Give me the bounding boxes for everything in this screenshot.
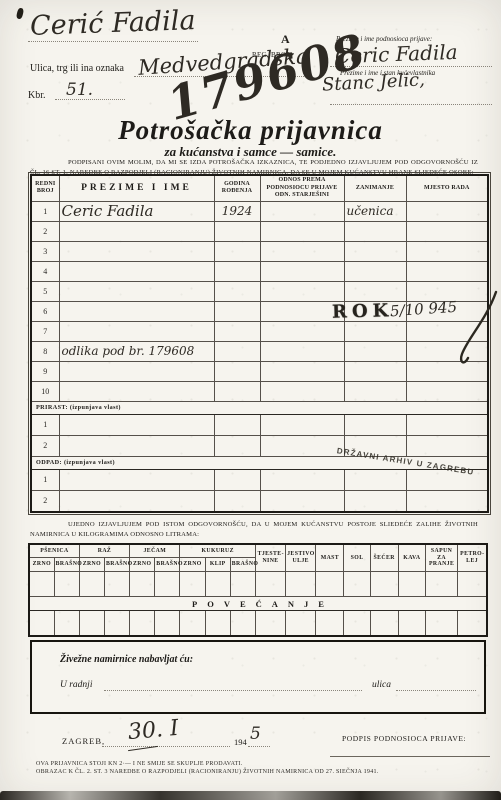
rok-stamp: ROK bbox=[332, 300, 394, 323]
col-kava: KAVA bbox=[398, 544, 425, 572]
col-sol: SOL bbox=[344, 544, 370, 572]
date-line bbox=[102, 746, 230, 747]
supplies-table: PŠENICA RAŽ JEČAM KUKURUZ TJESTE­NINE JE… bbox=[28, 543, 488, 637]
col-odnos: ODNOS PREMA PODNOSIOCU PRIJAVE ODN. STAR… bbox=[260, 175, 344, 201]
row1-year: 1924 bbox=[214, 201, 260, 221]
table-row: 9 bbox=[31, 361, 488, 381]
purchase-box: Živežne namirnice nabavljat ću: U radnji… bbox=[30, 640, 486, 714]
col-prezime-ime: PREZIME I IME bbox=[59, 175, 214, 201]
table-row: 5 bbox=[31, 281, 488, 301]
footer-line2: OBRAZAC K ČL. 2. ST. 3 NAREDBE O RAZPODJ… bbox=[36, 769, 379, 775]
footer-line1: OVA PRIJAVNICA STOJI KN 2·— I NE SMIJE S… bbox=[36, 761, 243, 767]
name-underline bbox=[28, 41, 198, 42]
group-jecam: JEČAM bbox=[130, 544, 180, 558]
handwritten-name-top: Cerić Fadila bbox=[30, 5, 197, 42]
supplies-values-row bbox=[29, 611, 487, 637]
supplies-values-row bbox=[29, 572, 487, 597]
handwritten-year: 5 bbox=[250, 724, 261, 744]
table-row: 2 bbox=[31, 221, 488, 241]
year-prefix: 194 bbox=[234, 737, 247, 747]
povecanje-band: POVEĆANJE bbox=[29, 597, 487, 611]
col-redni-broj: REDNI BROJ bbox=[31, 175, 59, 201]
col-secer: ŠEĆER bbox=[370, 544, 398, 572]
col-tjestenine: TJESTE­NINE bbox=[255, 544, 285, 572]
landlord-line bbox=[330, 104, 492, 105]
purchase-box-title: Živežne namirnice nabavljat ću: bbox=[60, 654, 193, 665]
kbr-value: 51. bbox=[66, 80, 93, 100]
kbr-line bbox=[55, 99, 125, 100]
prirast-row: 2 bbox=[31, 435, 488, 456]
signature-line bbox=[330, 756, 490, 757]
city-label: ZAGREB, bbox=[62, 736, 105, 746]
table-row: 3 bbox=[31, 241, 488, 261]
street-label: Ulica, trg ili ina oznaka bbox=[30, 63, 124, 74]
group-raz: RAŽ bbox=[79, 544, 129, 558]
shop-line bbox=[104, 690, 362, 691]
prirast-band: PRIRAST: (izpunjava vlast) bbox=[31, 401, 488, 414]
form-title: Potrošačka prijavnica bbox=[0, 115, 501, 146]
shop-label: U radnji bbox=[60, 680, 92, 690]
col-petrolej: PETRO­LEJ bbox=[458, 544, 487, 572]
scan-edge-smudge bbox=[0, 791, 501, 800]
handwritten-date: 30. I bbox=[127, 716, 180, 745]
table-row: 4 bbox=[31, 261, 488, 281]
table-row: 10 bbox=[31, 381, 488, 401]
signature-label: PODPIS PODNOSIOCA PRIJAVE: bbox=[342, 734, 466, 743]
group-psenica: PŠENICA bbox=[29, 544, 79, 558]
row8-note: odlika pod br. 179608 bbox=[59, 341, 214, 361]
year-line bbox=[248, 746, 270, 747]
scanned-form-page: Cerić Fadila A REG. BROJ: Prezime i ime … bbox=[0, 0, 501, 800]
table-row: 8 odlika pod br. 179608 bbox=[31, 341, 488, 361]
odpad-row: 2 bbox=[31, 490, 488, 512]
col-mjesto-rada: MJESTO RADA bbox=[406, 175, 488, 201]
prirast-row: 1 bbox=[31, 414, 488, 435]
checkmark-stroke bbox=[438, 288, 500, 378]
col-jestivo-ulje: JESTIVO ULJE bbox=[286, 544, 316, 572]
col-sapun: SAPUN ZA PRANJE bbox=[425, 544, 457, 572]
col-godina: GODINA ROĐENJA bbox=[214, 175, 260, 201]
row1-occupation: učenica bbox=[344, 201, 406, 221]
odpad-row: 1 bbox=[31, 469, 488, 490]
table-row: 1 Ceric Fadila 1924 učenica bbox=[31, 201, 488, 221]
supplies-intro: UJEDNO IZJAVLJUJEM POD ISTOM ODGOVORNOŠĆ… bbox=[30, 520, 478, 539]
group-kukuruz: KUKURUZ bbox=[180, 544, 255, 558]
row1-name: Ceric Fadila bbox=[59, 201, 214, 221]
table-row: 7 bbox=[31, 321, 488, 341]
col-mast: MAST bbox=[316, 544, 344, 572]
ulica-line bbox=[396, 690, 476, 691]
kbr-label: Kbr. bbox=[28, 90, 46, 101]
scan-speck bbox=[16, 7, 24, 19]
col-zanimanje: ZANIMANJE bbox=[344, 175, 406, 201]
ulica-label: ulica bbox=[372, 680, 391, 690]
